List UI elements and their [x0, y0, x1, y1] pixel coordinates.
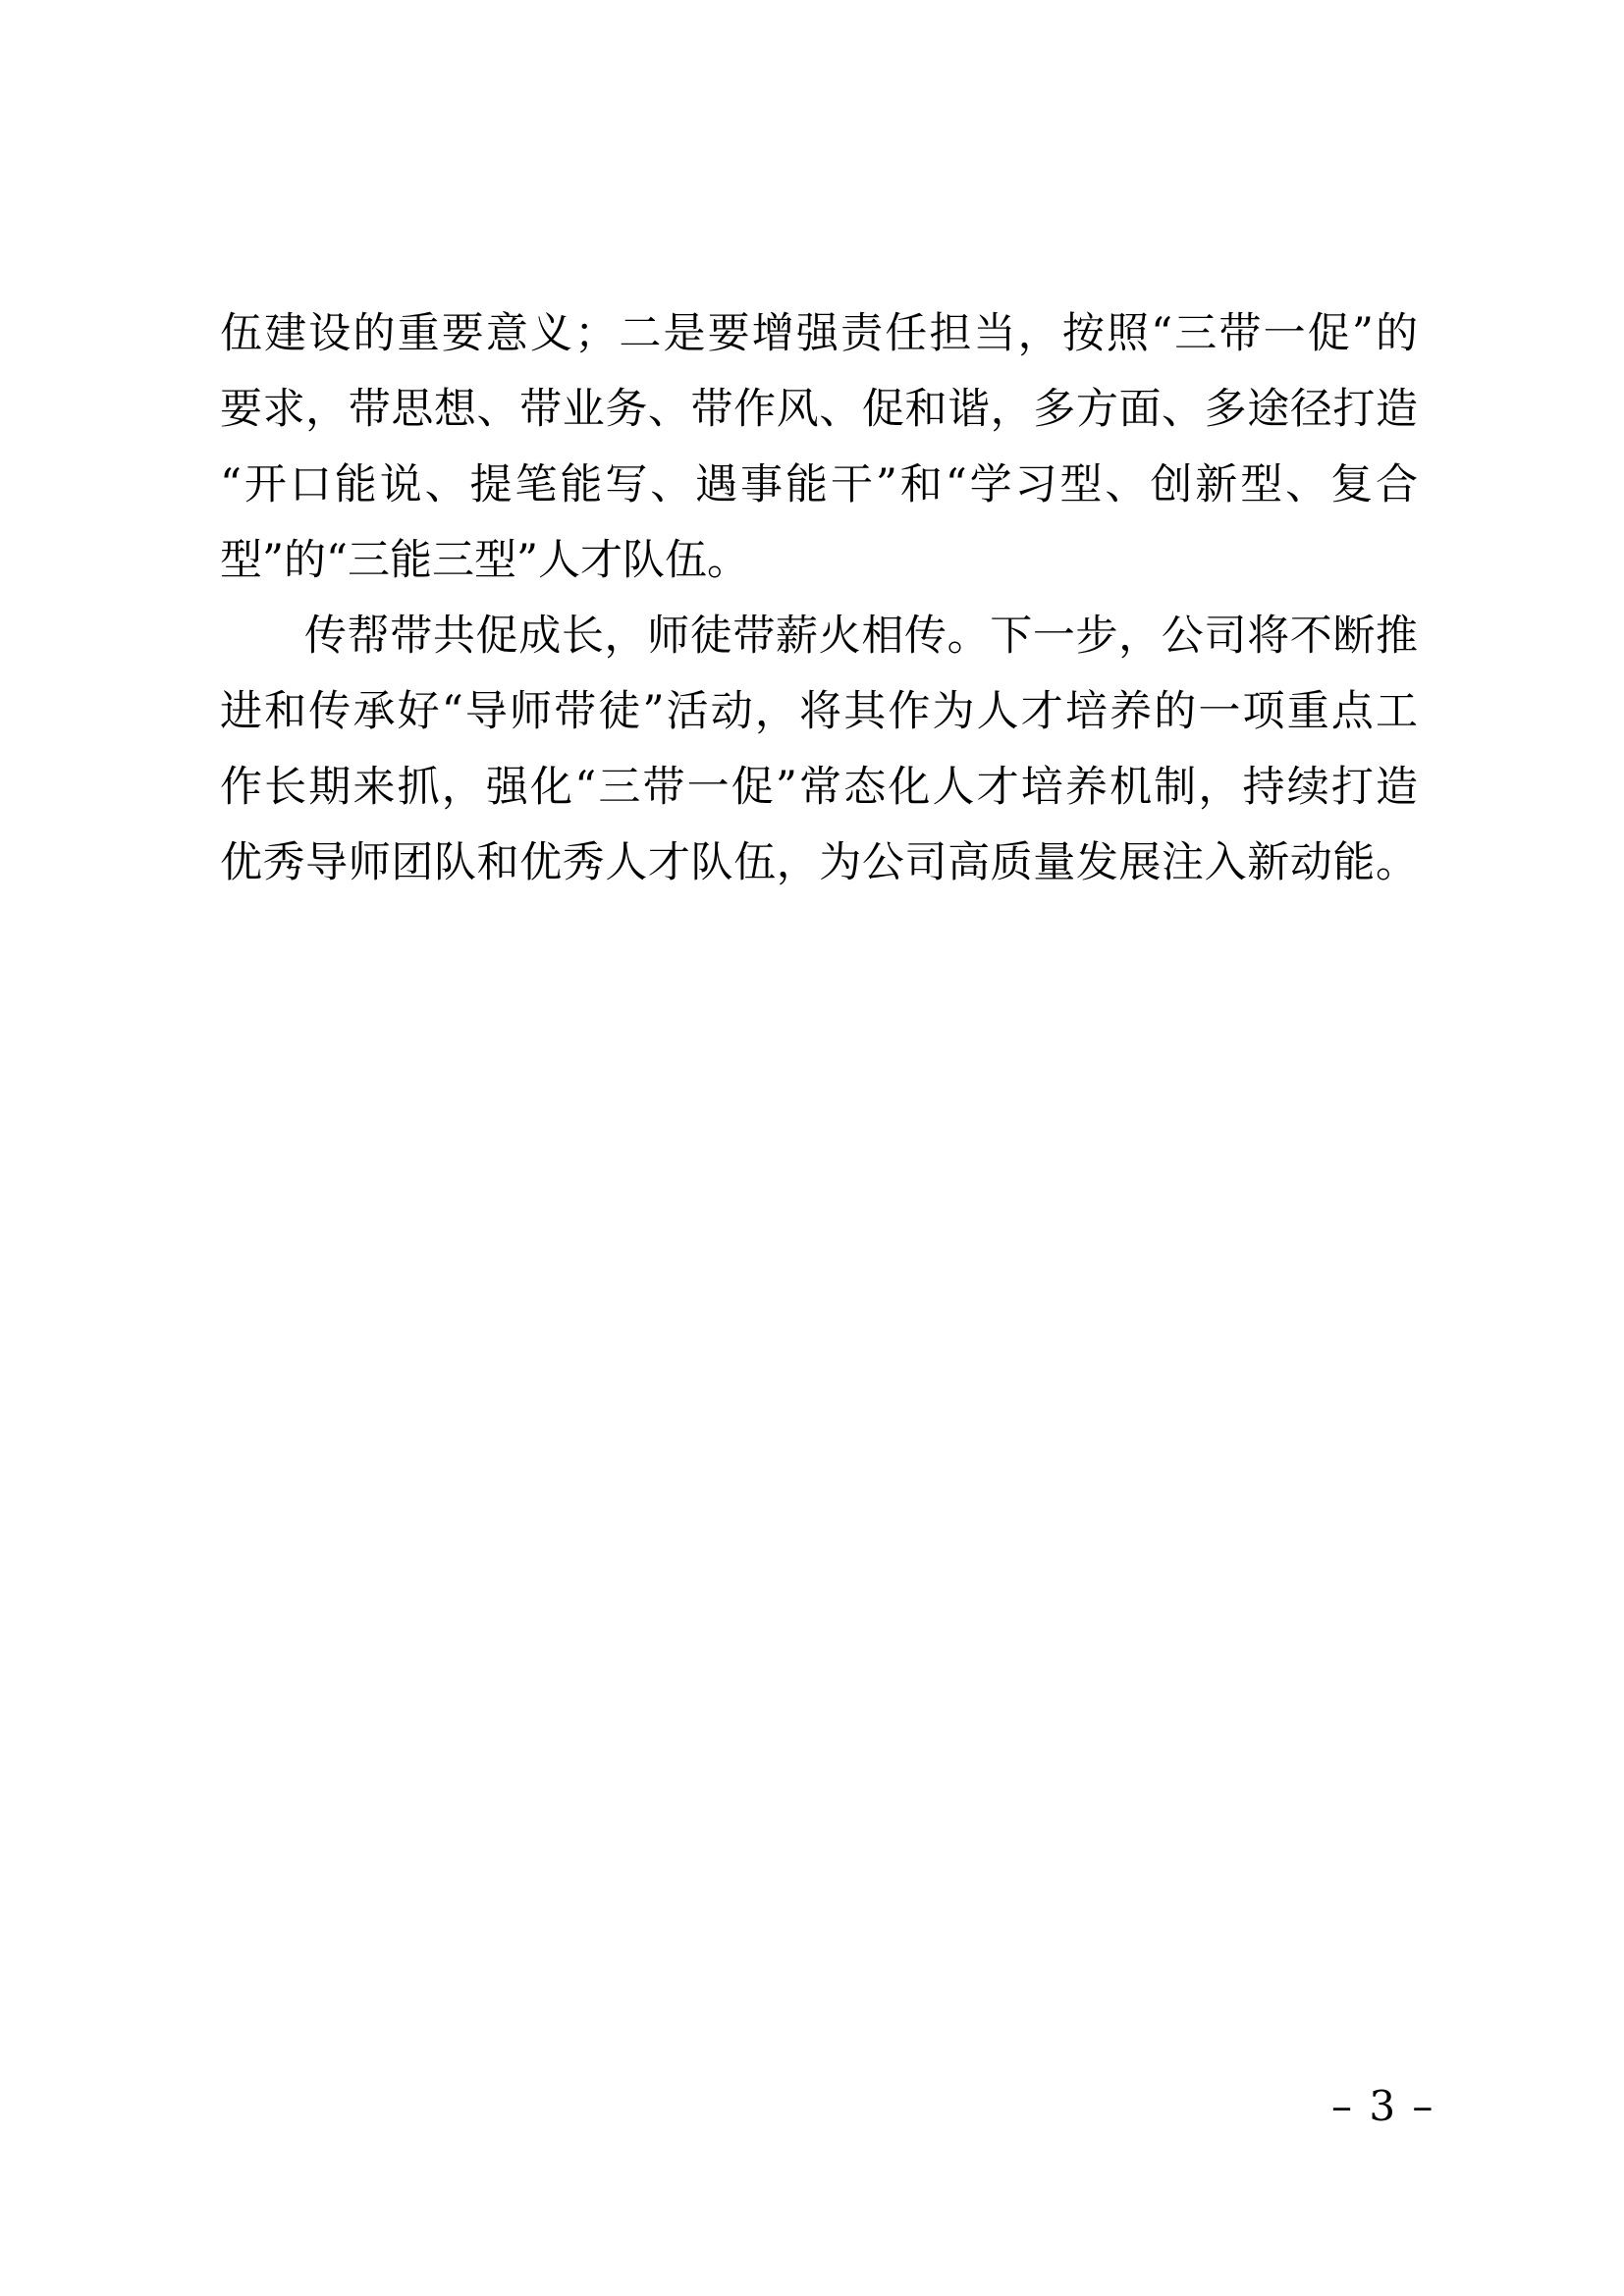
paragraph-1-line-4: 型”的“三能三型”人才队伍。 [220, 523, 1418, 599]
paragraph-1-line-1: 伍建设的重要意义；二是要增强责任担当，按照“三带一促”的 [220, 296, 1418, 372]
paragraph-2-line-2: 进和传承好“导师带徒”活动，将其作为人才培养的一项重点工 [220, 674, 1418, 750]
document-page: 伍建设的重要意义；二是要增强责任担当，按照“三带一促”的 要求，带思想、带业务、… [0, 0, 1624, 2296]
paragraph-2: 传帮带共促成长，师徒带薪火相传。下一步，公司将不断推 进和传承好“导师带徒”活动… [220, 599, 1418, 901]
paragraph-2-line-4: 优秀导师团队和优秀人才队伍，为公司高质量发展注入新动能。 [220, 826, 1418, 901]
page-number: – 3 – [1331, 2082, 1435, 2131]
paragraph-2-line-3: 作长期来抓，强化“三带一促”常态化人才培养机制，持续打造 [220, 750, 1418, 826]
body-text-block: 伍建设的重要意义；二是要增强责任担当，按照“三带一促”的 要求，带思想、带业务、… [220, 296, 1418, 901]
paragraph-1: 伍建设的重要意义；二是要增强责任担当，按照“三带一促”的 要求，带思想、带业务、… [220, 296, 1418, 599]
paragraph-2-line-1: 传帮带共促成长，师徒带薪火相传。下一步，公司将不断推 [220, 599, 1418, 674]
paragraph-1-line-2: 要求，带思想、带业务、带作风、促和谐，多方面、多途径打造 [220, 372, 1418, 448]
paragraph-1-line-3: “开口能说、提笔能写、遇事能干”和“学习型、创新型、复合 [220, 448, 1418, 523]
